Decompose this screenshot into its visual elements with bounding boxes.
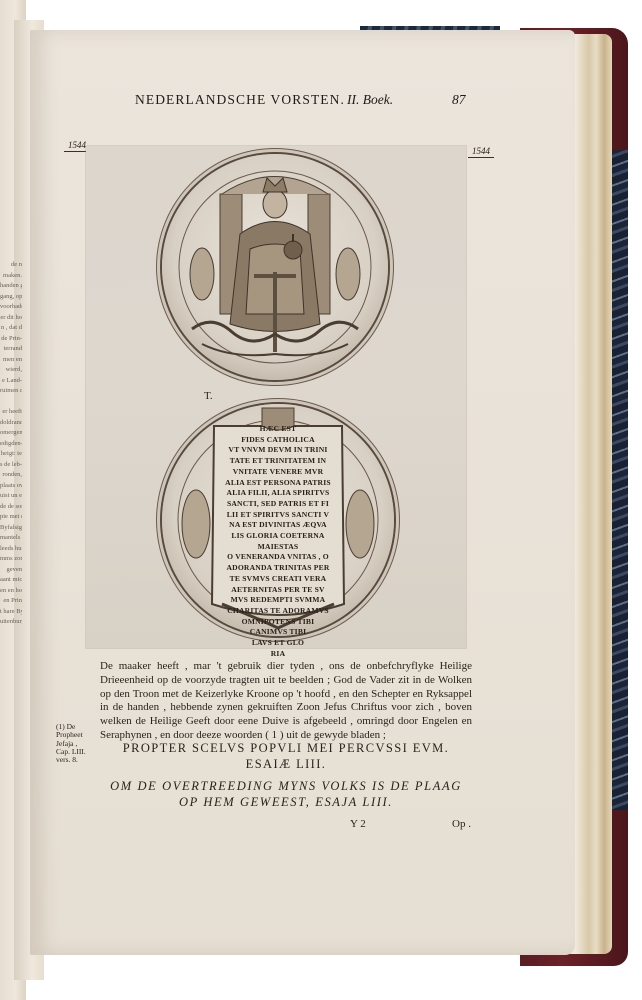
inscription-line: HÆC EST xyxy=(217,424,339,435)
dutch-quote: OM DE OVERTREEDING MYNS VOLKS IS DE PLAA… xyxy=(100,778,472,810)
facing-page-line: ronden, xyxy=(0,470,22,481)
inscription-line: AETERNITAS PER TE SV xyxy=(217,585,339,596)
margin-footnote: (1) DePropheetJefaja ,Cap. LIII.vers. 8. xyxy=(56,723,96,764)
year-marker-right: 1544 xyxy=(468,146,494,158)
facing-page-line: leeds hun xyxy=(0,544,22,555)
enthroned-god-father-engraving-icon xyxy=(162,154,388,380)
inscription-line: SANCTI, SED PATRIS ET FI xyxy=(217,499,339,510)
margin-note-line: vers. 8. xyxy=(56,756,96,764)
inscription-line: ALIA EST PERSONA PATRIS xyxy=(217,478,339,489)
catchword: Op . xyxy=(452,818,471,830)
facing-page-line: de de soms xyxy=(0,502,22,513)
medal-obverse xyxy=(162,154,388,380)
inscription-line: CHARITAS TE ADORAMVS xyxy=(217,606,339,617)
inscription-line: NA EST DIVINITAS ÆQVA xyxy=(217,520,339,531)
inscription-line: O VENERANDA VNITAS , O xyxy=(217,552,339,563)
inscription-line: TE SVMVS CREATI VERA xyxy=(217,574,339,585)
facing-page-line: pie met de xyxy=(0,512,22,523)
facing-page-line: men en xyxy=(0,355,22,366)
facing-page-line: en en hooge xyxy=(0,586,22,597)
facing-page-line: n , dat d xyxy=(0,323,22,334)
medal-inscription: HÆC ESTFIDES CATHOLICAVT VNVM DEVM IN TR… xyxy=(217,424,339,659)
facing-page-line: gang, ope xyxy=(0,292,22,303)
facing-page-line: uist un e- xyxy=(0,491,22,502)
medal-reverse: HÆC ESTFIDES CATHOLICAVT VNVM DEVM IN TR… xyxy=(162,404,394,636)
facing-page-line: edigden- xyxy=(0,439,22,450)
facing-page-line: mantels de xyxy=(0,533,22,544)
body-paragraph: De maaker heeft , mar 't gebruik dier ty… xyxy=(100,660,472,743)
facing-page-line: aant mich xyxy=(0,575,22,586)
running-title: NEDERLANDSCHE VORSTEN. xyxy=(135,92,345,108)
facing-page-line: s de leb- xyxy=(0,460,22,471)
running-header: NEDERLANDSCHE VORSTEN. II. Boek. 87 xyxy=(90,92,490,110)
inscription-line: LIS GLORIA COETERNA xyxy=(217,531,339,542)
facing-page-line: er dit ho xyxy=(0,313,22,324)
facing-page-line: de Prin- xyxy=(0,334,22,345)
facing-page-line: t hare Byer xyxy=(0,607,22,618)
facing-page-line: heigt: te xyxy=(0,449,22,460)
inscription-line: ADORANDA TRINITAS PER xyxy=(217,563,339,574)
latin-quote-line-1: PROPTER SCELVS POPVLI MEI PERCVSSI EVM. xyxy=(100,740,472,756)
facing-page-line: Byfalsig xyxy=(0,523,22,534)
page-number: 87 xyxy=(452,92,466,108)
signature-mark: Y 2 xyxy=(350,818,366,830)
inscription-line: FIDES CATHOLICA xyxy=(217,435,339,446)
facing-page-line: e Land- xyxy=(0,376,22,387)
latin-quote: PROPTER SCELVS POPVLI MEI PERCVSSI EVM. … xyxy=(100,740,472,772)
inscription-line: MVS REDEMPTI SVMMA xyxy=(217,595,339,606)
facing-page-text: de nmaken.handen ggang, opevoorbadener d… xyxy=(0,260,22,628)
inscription-line: TATE ET TRINITATEM IN xyxy=(217,456,339,467)
facing-page-line: er heeft xyxy=(0,407,22,418)
latin-quote-line-2: ESAIÆ LIII. xyxy=(100,756,472,772)
inscription-line: LII ET SPIRITVS SANCTI V xyxy=(217,510,339,521)
facing-page-line: doldrand xyxy=(0,418,22,429)
facing-page-line: de n xyxy=(0,260,22,271)
inscription-line: VT VNVM DEVM IN TRINI xyxy=(217,445,339,456)
dutch-quote-line-1: OM DE OVERTREEDING MYNS VOLKS IS DE PLAA… xyxy=(100,778,472,794)
facing-page-line: uitenburg xyxy=(0,617,22,628)
facing-page-line: ruimen den xyxy=(0,386,22,397)
inscription-line: MAIESTAS xyxy=(217,542,339,553)
facing-page-line: wierd, xyxy=(0,365,22,376)
facing-page-line: handen g xyxy=(0,281,22,292)
facing-page-line: mms zon xyxy=(0,554,22,565)
inscription-line: LAVS ET GLO xyxy=(217,638,339,649)
dutch-quote-line-2: OP HEM GEWEEST, ESAJA LIII. xyxy=(100,794,472,810)
plate-label: T. xyxy=(204,390,213,402)
inscription-line: OMNIPOTENS TIBI xyxy=(217,617,339,628)
inscription-line: VNITATE VENERE MVR xyxy=(217,467,339,478)
facing-page-line: voorbaden xyxy=(0,302,22,313)
facing-page-line: plaats over- xyxy=(0,481,22,492)
inscription-line: ALIA FILII, ALIA SPIRITVS xyxy=(217,488,339,499)
engraved-plate: T. HÆC ESTFIDES CATHOLICAVT VNVM DEVM IN… xyxy=(86,146,466,648)
book-number: II. Boek. xyxy=(347,92,393,108)
facing-page-line: geven xyxy=(0,565,22,576)
facing-page-line: maken. xyxy=(0,271,22,282)
facing-page-line: omergen xyxy=(0,428,22,439)
inscription-line: RIA xyxy=(217,649,339,660)
facing-page-line: terrand xyxy=(0,344,22,355)
facing-page-line xyxy=(0,397,22,408)
facing-page-line: en Prin xyxy=(0,596,22,607)
inscription-line: CANIMVS TIBI xyxy=(217,627,339,638)
